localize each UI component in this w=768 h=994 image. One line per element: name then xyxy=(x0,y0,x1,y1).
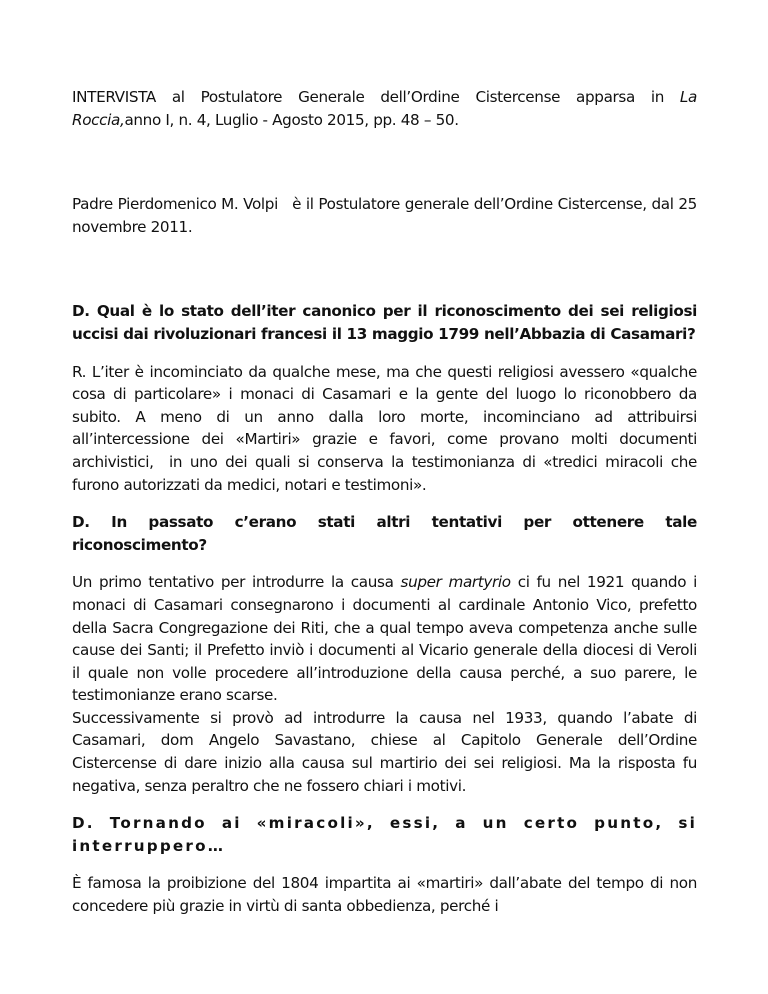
spacer xyxy=(72,556,697,571)
spacer xyxy=(72,346,697,361)
question-2: D. In passato c’erano stati altri tentat… xyxy=(72,511,697,556)
answer-1: R. L’iter è incominciato da qualche mese… xyxy=(72,361,697,497)
spacer xyxy=(72,238,697,300)
header-citation: INTERVISTA al Postulatore Generale dell’… xyxy=(72,86,697,131)
question-1: D. Qual è lo stato dell’iter canonico pe… xyxy=(72,300,697,345)
header-line: INTERVISTA al Postulatore Generale dell’… xyxy=(72,88,664,106)
publication-details: anno I, n. 4, Luglio - Agosto 2015, pp. … xyxy=(124,111,458,129)
question-3: D. Tornando ai «miracoli», essi, a un ce… xyxy=(72,812,697,857)
spacer xyxy=(72,131,697,193)
answer-text: Un primo tentativo per introdurre la cau… xyxy=(72,573,401,591)
answer-3: È famosa la proibizione del 1804 imparti… xyxy=(72,872,697,917)
latin-term: super martyrio xyxy=(401,573,511,591)
answer-text: ci fu nel 1921 quando i monaci di Casama… xyxy=(72,573,697,704)
spacer xyxy=(72,857,697,872)
spacer xyxy=(72,496,697,511)
answer-2-paragraph-2: Successivamente si provò ad introdurre l… xyxy=(72,707,697,797)
intro-paragraph: Padre Pierdomenico M. Volpi è il Postula… xyxy=(72,193,697,238)
spacer xyxy=(72,797,697,812)
document-page: INTERVISTA al Postulatore Generale dell’… xyxy=(72,86,697,918)
answer-2-paragraph-1: Un primo tentativo per introdurre la cau… xyxy=(72,571,697,707)
